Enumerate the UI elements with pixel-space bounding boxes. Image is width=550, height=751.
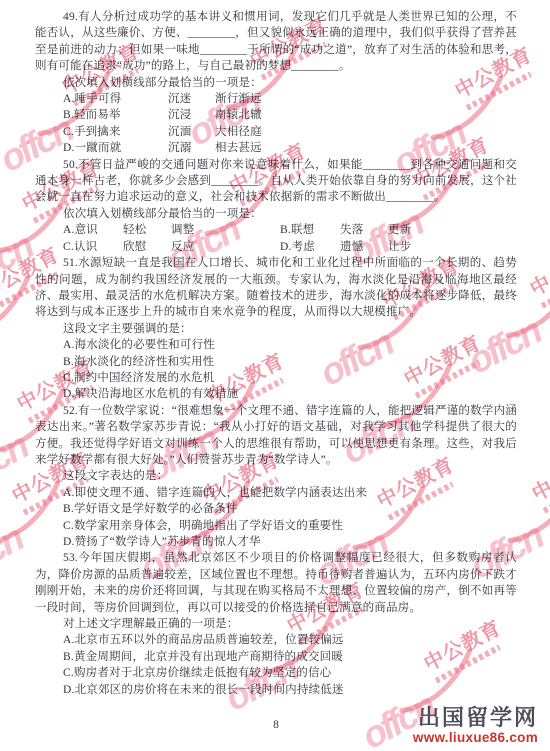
option-line: A.意识轻松调整B.联想失落更新 — [35, 222, 517, 238]
option-word: 失落 — [340, 222, 388, 238]
option-line: C.购房者对于北京房价继续走低抱有较为坚定的信心 — [35, 665, 517, 681]
option-line: D.一蹴而就沉溺相去甚远 — [35, 140, 517, 156]
option-label-and-word: D.一蹴而就 — [63, 140, 168, 156]
option-word: 遗憾 — [340, 239, 388, 255]
option-line: D.赞扬了“数学诗人”苏步青的惊人才华 — [35, 534, 517, 550]
option-label-and-word: D.考虑 — [280, 239, 340, 255]
option-word: 相去甚远 — [215, 140, 262, 156]
option-line: B.轻而易举沉浸南辕北辙 — [35, 107, 517, 123]
option-word: 沉湎 — [168, 124, 215, 140]
option-word: 渐行渐远 — [215, 91, 262, 107]
question-prompt-52: 这段文字表达的是： — [35, 468, 517, 484]
question-prompt-53: 对上述文字理解最正确的一项是： — [35, 616, 517, 632]
footer-brand: 出国留学网 www.liuxue86.com — [413, 706, 538, 745]
offcn-logo-text: offcn — [0, 427, 32, 495]
question-prompt-49: 依次填入划横线部分最恰当的一项是： — [35, 75, 517, 91]
question-prompt-50: 依次填入划横线部分最恰当的一项是： — [35, 206, 517, 222]
watermark-tagline — [543, 475, 550, 514]
question-stem-49: 49.有人分析过成功学的基本讲义和惯用词，发现它们几乎就是人类世界已知的公理，不… — [35, 9, 517, 75]
option-cell: B.联想失落更新 — [280, 222, 497, 238]
option-line: C.制约中国经济发展的水危机 — [35, 370, 517, 386]
option-cell: D.考虑遗憾让步 — [280, 239, 497, 255]
option-label-and-word: A.意识 — [63, 222, 123, 238]
site-url: www.liuxue86.com — [413, 730, 538, 745]
option-line: B.学好语文是学好数学的必备条件 — [35, 501, 517, 517]
option-word: 轻松 — [123, 222, 171, 238]
option-word: 让步 — [388, 239, 411, 255]
offcn-logo-text: offcn — [0, 519, 27, 587]
option-label-and-word: C.认识 — [63, 239, 123, 255]
option-line: A.唾手可得沉迷渐行渐远 — [35, 91, 517, 107]
option-line: B.黄金周期间，北京并没有出现地产商期待的成交回暖 — [35, 649, 517, 665]
question-stem-51: 51.水源短缺一直是我国在人口增长、城市化和工业化过程中所面临的一个长期的、趋势… — [35, 255, 517, 321]
question-stem-52: 52.有一位数学家说：“很难想象一个文理不通、错字连篇的人，能把逻辑严谨的数学内… — [35, 403, 517, 469]
option-label-and-word: C.手到擒来 — [63, 124, 168, 140]
offcn-logo-text: offcn — [0, 227, 37, 295]
option-word: 沉迷 — [168, 91, 215, 107]
option-line: A.北京市五环以外的商品房品质普遍较差，位置较偏远 — [35, 632, 517, 648]
zhonggong-jiaoyu-text: 中公教育 — [527, 243, 550, 300]
option-word: 反应 — [171, 239, 194, 255]
option-word: 沉浸 — [168, 107, 215, 123]
option-line: A.即使文理不通、错字连篇的人，也能把数学内涵表达出来 — [35, 485, 517, 501]
exam-page: 49.有人分析过成功学的基本讲义和惯用词，发现它们几乎就是人类世界已知的公理，不… — [0, 0, 550, 751]
zhonggong-jiaoyu-text: 中公教育 — [529, 448, 550, 505]
option-cell: A.意识轻松调整 — [63, 222, 280, 238]
option-line: A.海水淡化的必要性和可行性 — [35, 337, 517, 353]
option-label-and-word: B.联想 — [280, 222, 340, 238]
option-line: B.海水淡化的经济性和实用性 — [35, 354, 517, 370]
watermark-tagline — [541, 270, 550, 309]
question-prompt-51: 这段文字主要强调的是： — [35, 321, 517, 337]
option-line: D.解决沿海地区水危机的有效措施 — [35, 386, 517, 402]
option-word: 南辕北辙 — [215, 107, 262, 123]
option-word: 沉溺 — [168, 140, 215, 156]
question-stem-53: 53.今年国庆假期，虽然北京郊区不少项目的价格调整幅度已经很大，但多数购房者认为… — [35, 550, 517, 616]
option-line: D.北京郊区的房价将在未来的很长一段时间内持续低迷 — [35, 682, 517, 698]
option-word: 更新 — [388, 222, 411, 238]
option-cell: C.认识欣慰反应 — [63, 239, 280, 255]
option-label-and-word: B.轻而易举 — [63, 107, 168, 123]
option-word: 欣慰 — [123, 239, 171, 255]
option-line: C.手到擒来沉湎大相径庭 — [35, 124, 517, 140]
option-line: C.认识欣慰反应D.考虑遗憾让步 — [35, 239, 517, 255]
option-line: C.数学家用亲身体会，明确地指出了学好语文的重要性 — [35, 518, 517, 534]
site-name: 出国留学网 — [413, 706, 538, 730]
question-stem-50: 50.不管日益严峻的交通问题对你来说意味着什么，如果能________到各种交通… — [35, 157, 517, 206]
option-word: 大相径庭 — [215, 124, 262, 140]
questions-area: 49.有人分析过成功学的基本讲义和惯用词，发现它们几乎就是人类世界已知的公理，不… — [35, 9, 517, 698]
option-word: 调整 — [171, 222, 194, 238]
option-label-and-word: A.唾手可得 — [63, 91, 168, 107]
